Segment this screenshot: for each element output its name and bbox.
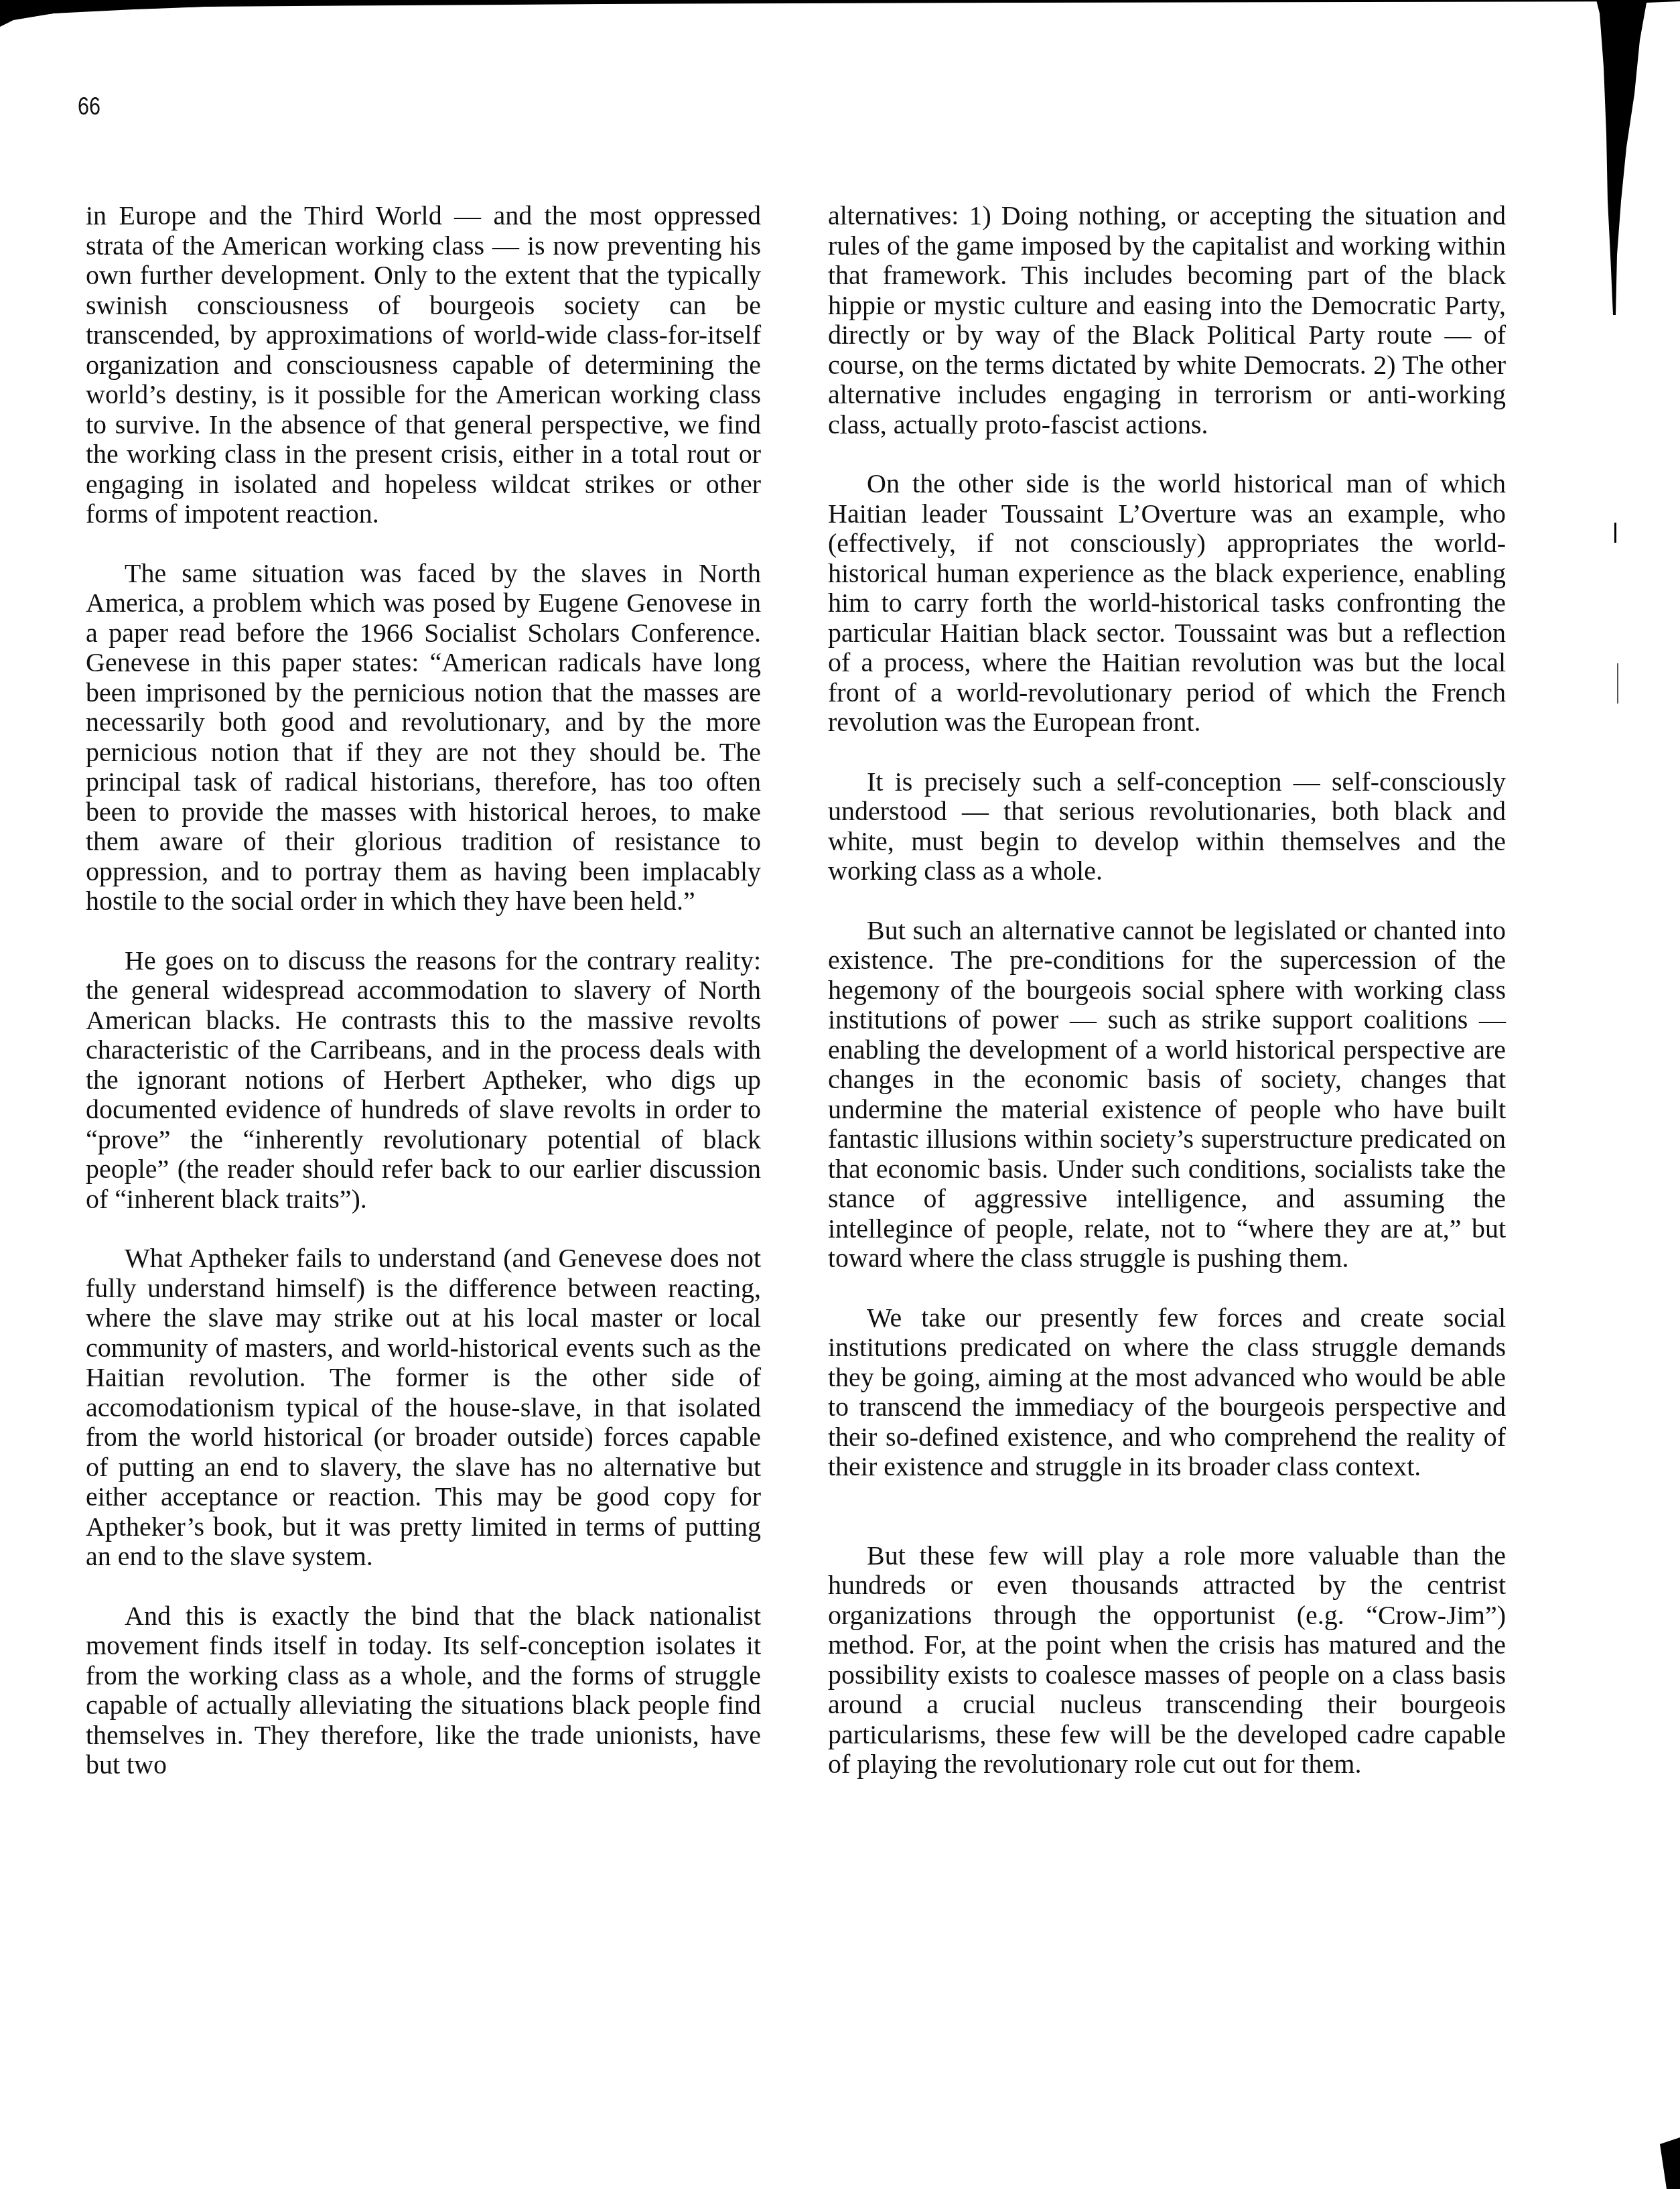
document-page: 66 in Europe and the Third World — and t… <box>0 0 1680 2189</box>
paragraph: He goes on to discuss the reasons for th… <box>86 946 761 1215</box>
left-column: in Europe and the Third World — and the … <box>86 201 761 1780</box>
paragraph: The same situation was faced by the slav… <box>86 559 761 917</box>
scan-edge-shadow-right <box>1573 0 1680 2189</box>
paragraph: We take our presently few forces and cre… <box>828 1303 1506 1482</box>
right-column: alternatives: 1) Doing nothing, or accep… <box>828 201 1506 1780</box>
paragraph: What Aptheker fails to understand (and G… <box>86 1244 761 1572</box>
paragraph: But these few will play a role more valu… <box>828 1541 1506 1780</box>
paragraph: in Europe and the Third World — and the … <box>86 201 761 529</box>
paragraph: But such an alternative cannot be legisl… <box>828 916 1506 1274</box>
paragraph: And this is exactly the bind that the bl… <box>86 1601 761 1780</box>
paragraph: It is precisely such a self-conception —… <box>828 767 1506 886</box>
page-number: 66 <box>78 92 100 121</box>
paragraph: On the other side is the world historica… <box>828 469 1506 738</box>
paragraph: alternatives: 1) Doing nothing, or accep… <box>828 201 1506 440</box>
scan-edge-shadow-top <box>0 0 1680 40</box>
